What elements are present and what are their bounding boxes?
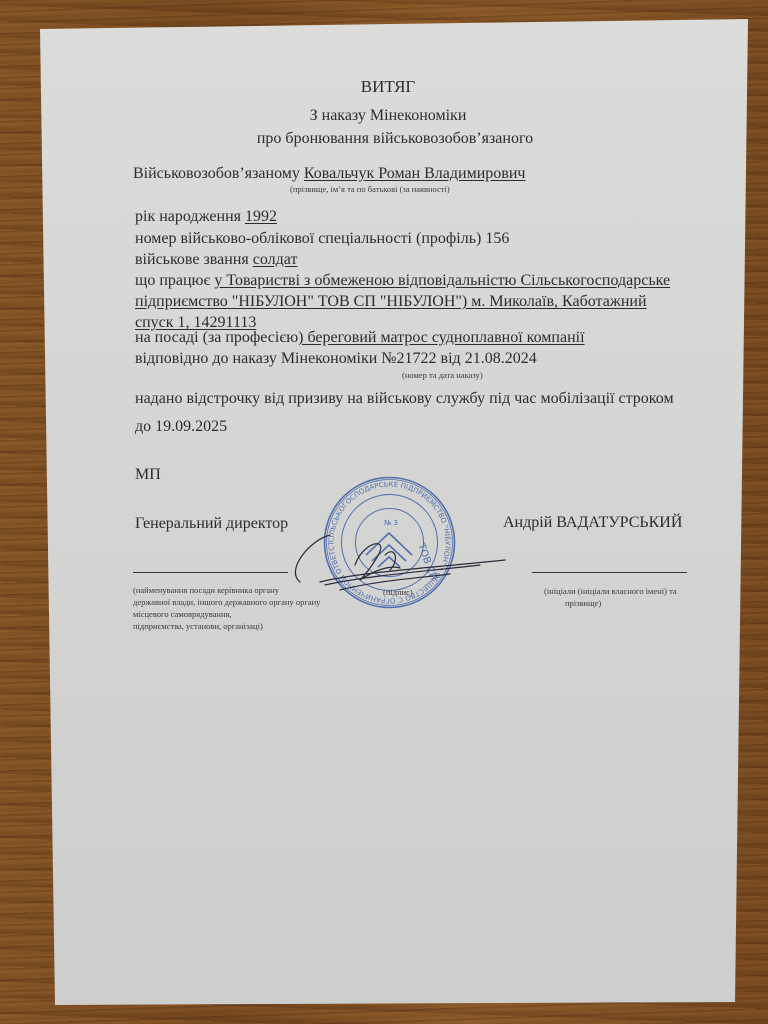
recipient-label: Військовозобов’язаному [133, 165, 300, 182]
position-label: на посаді (за професією [135, 329, 298, 346]
subtitle-line-1: З наказу Мінекономіки [310, 107, 467, 125]
caption-position-1: (найменування посади керівника органу [133, 585, 279, 595]
stamp-mark: МП [135, 466, 161, 484]
caption-position-4: підприємства, установи, організаці) [133, 621, 263, 631]
rank-row: військове звання солдат [135, 251, 297, 269]
name-signature-line [532, 572, 687, 573]
deferral-until: до 19.09.2025 [135, 418, 227, 436]
order-line: відповідно до наказу Мінекономіки №21722… [135, 350, 537, 368]
position-row: на посаді (за професією) береговий матро… [135, 329, 585, 347]
employer-line-2: підприємство "НІБУЛОН" ТОВ СП "НІБУЛОН")… [135, 293, 647, 311]
signature-icon [280, 520, 520, 600]
document-title: ВИТЯГ [361, 77, 416, 97]
caption-position-3: місцевого самоврядування, [133, 609, 232, 619]
position: ) береговий матрос судноплавної компанії [298, 329, 584, 346]
deferral-line: надано відстрочку від призиву на військо… [135, 390, 674, 408]
employer-row-1: що працює у Товаристві з обмеженою відпо… [135, 272, 670, 290]
position-signature-line [133, 572, 288, 573]
rank: солдат [253, 251, 298, 268]
caption-name-2: прізвище) [565, 598, 601, 608]
signer-position: Генеральний директор [135, 515, 288, 533]
recipient-row: Військовозобов’язаному Ковальчук Роман В… [133, 165, 525, 183]
recipient-caption: (прізвище, ім’я та по батькові (за наявн… [290, 184, 450, 194]
signer-name: Андрій ВАДАТУРСЬКИЙ [503, 514, 682, 532]
specialty-line: номер військово-облікової спеціальності … [135, 230, 509, 248]
birth-year: 1992 [245, 208, 277, 225]
subtitle-line-2: про бронювання військовозобов’язаного [257, 130, 533, 148]
employer-label: що працює [135, 272, 210, 289]
birth-year-label: рік народження [135, 208, 241, 225]
recipient-name: Ковальчук Роман Владимирович [304, 165, 526, 182]
rank-label: військове звання [135, 251, 249, 268]
employer-line-1: у Товаристві з обмеженою відповідальніст… [214, 272, 670, 289]
order-caption: (номер та дата наказу) [402, 370, 483, 380]
caption-name-1: (ініціали (ініціали власного імені) та [544, 586, 677, 596]
birth-year-row: рік народження 1992 [135, 208, 277, 226]
